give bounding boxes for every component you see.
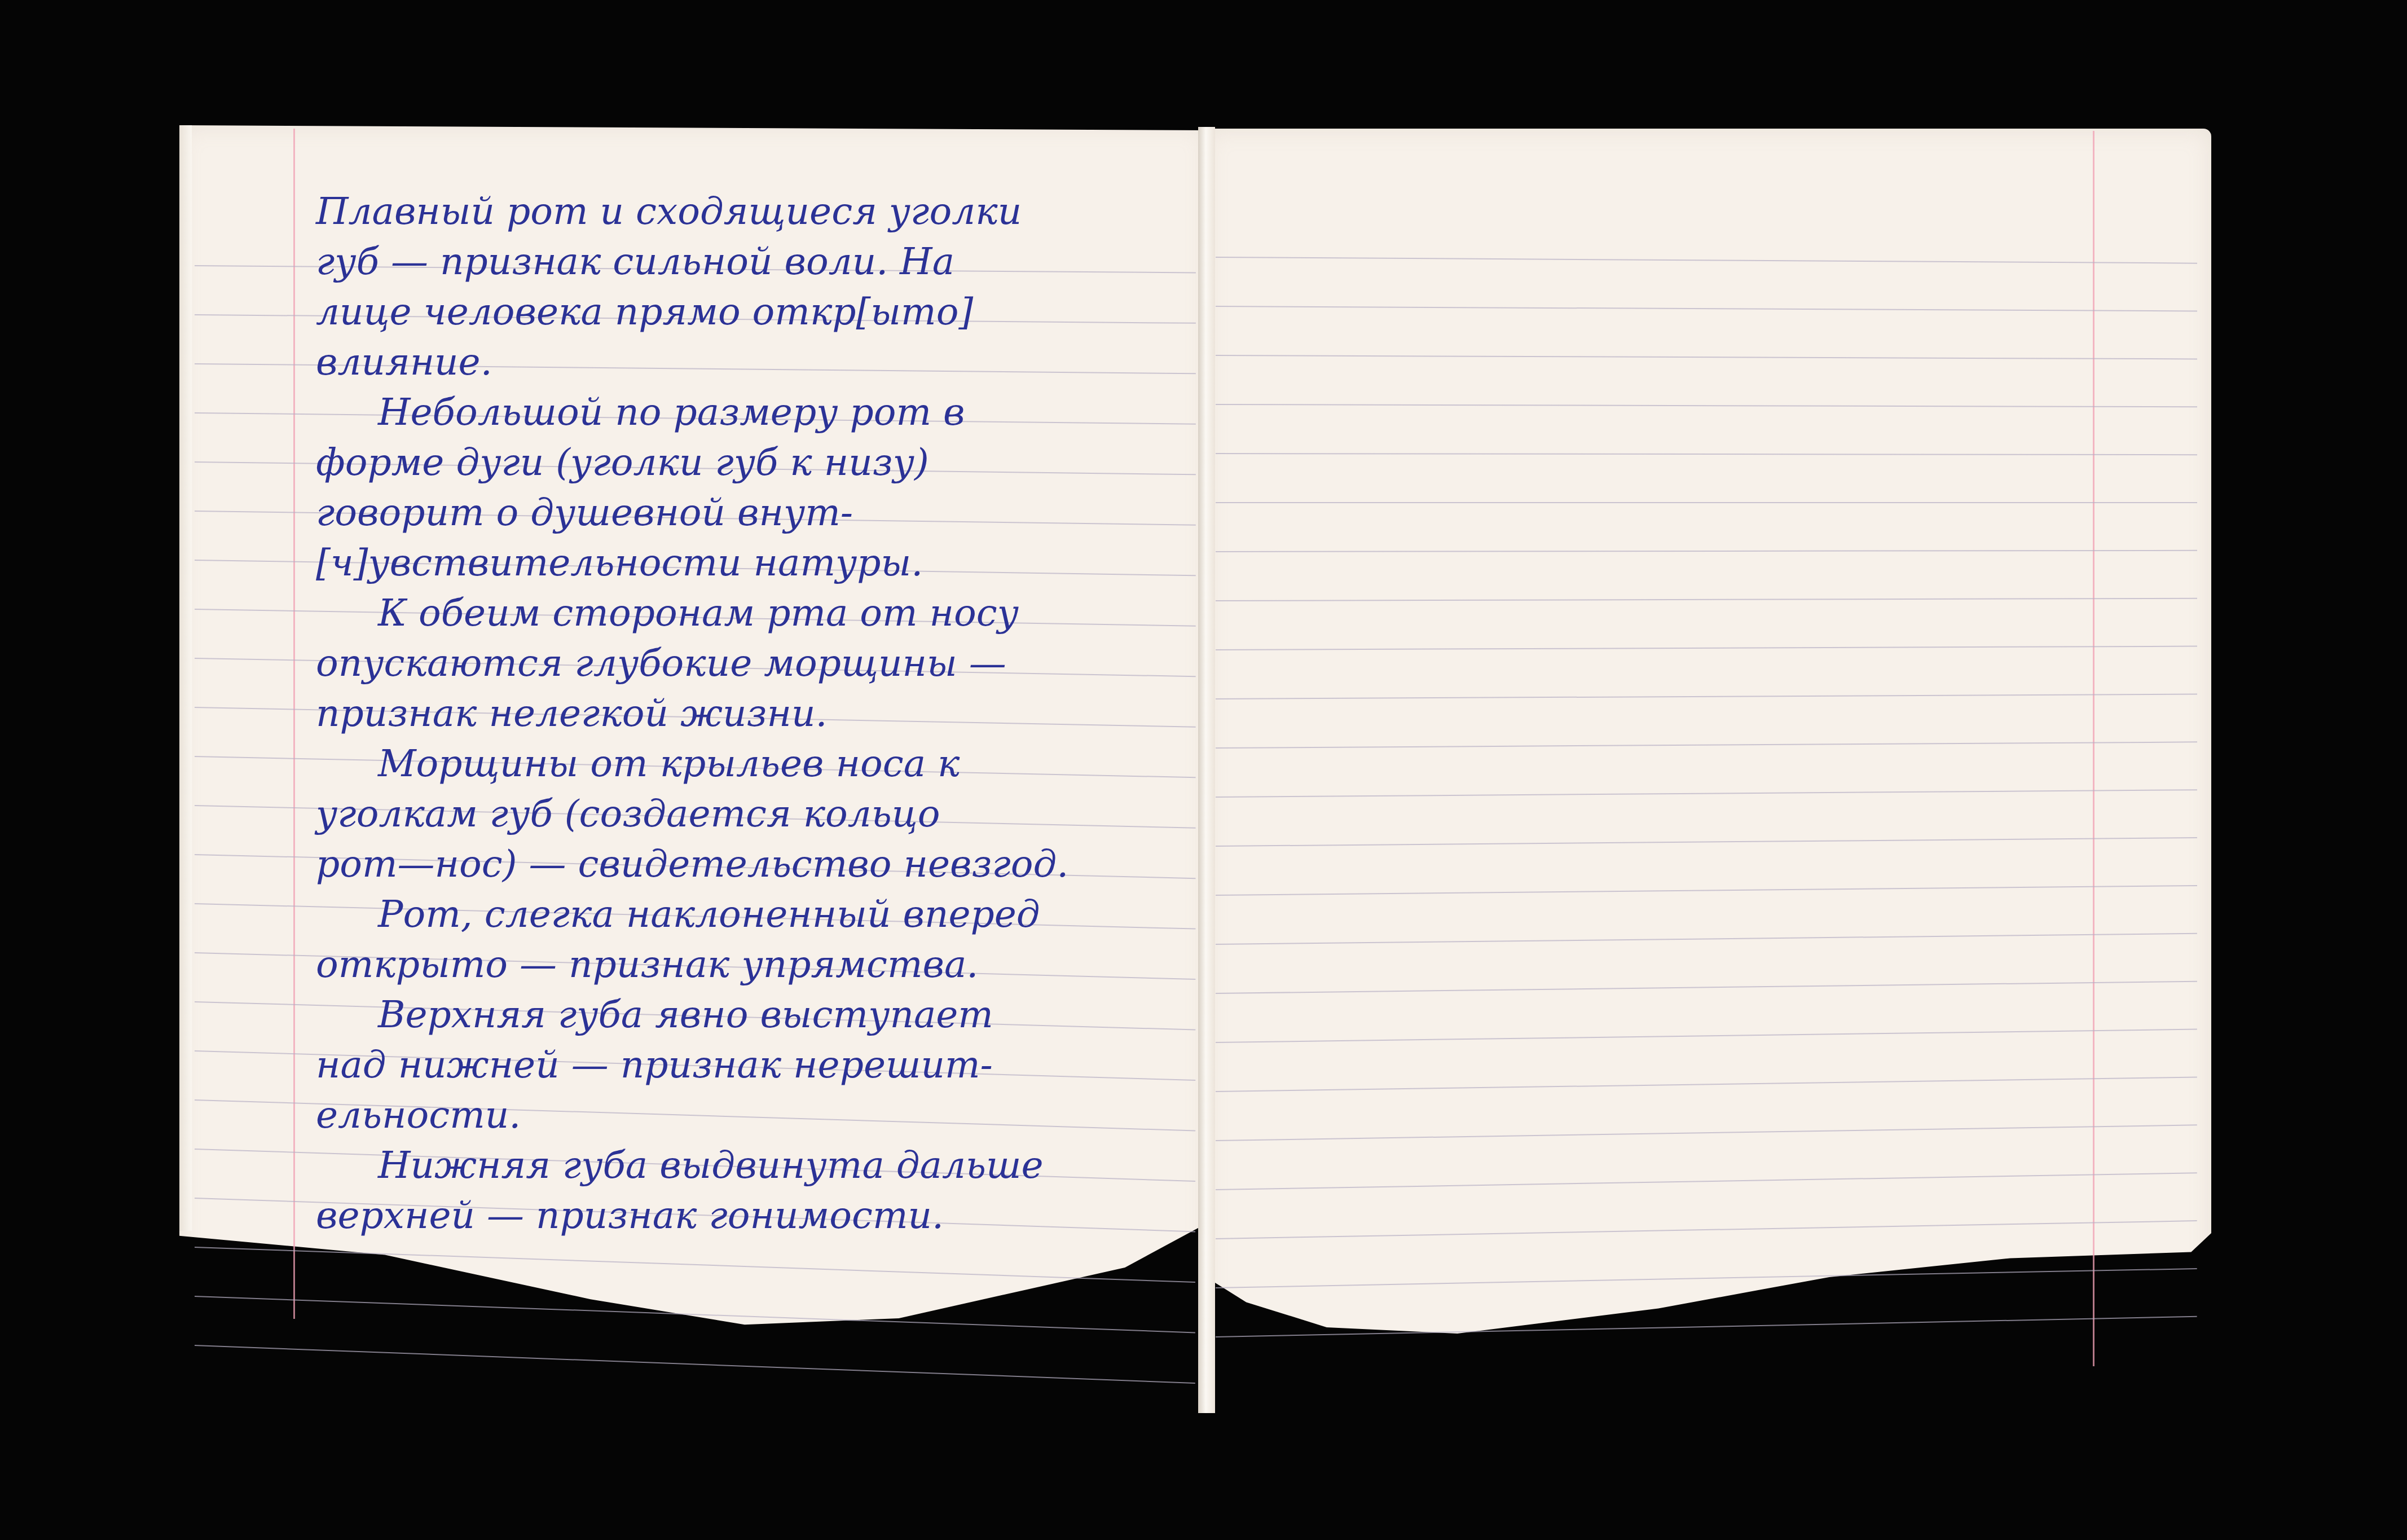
handwritten-line: открыто — признак упрямства. bbox=[316, 939, 1196, 989]
rule-line bbox=[1216, 502, 2197, 503]
handwritten-line: влияние. bbox=[316, 337, 1196, 387]
notebook-right-page bbox=[1206, 129, 2211, 1384]
handwritten-line: опускаются глубокие морщины — bbox=[316, 638, 1196, 688]
handwritten-line: Морщины от крыльев носа к bbox=[316, 738, 1196, 789]
handwritten-line: говорит о душевной внут- bbox=[316, 487, 1196, 538]
handwritten-line: верхней — признак гонимости. bbox=[316, 1190, 1196, 1240]
handwritten-line: лице человека прямо откр[ыто] bbox=[316, 287, 1196, 337]
handwritten-line: Верхняя губа явно выступает bbox=[316, 989, 1196, 1040]
handwritten-line: над нижней — признак нерешит- bbox=[316, 1040, 1196, 1090]
handwritten-line: Рот, слегка наклоненный вперед bbox=[316, 889, 1196, 939]
handwritten-line: [ч]увствительности натуры. bbox=[316, 538, 1196, 588]
handwritten-line: уголкам губ (создается кольцо bbox=[316, 789, 1196, 839]
rule-line bbox=[195, 1345, 1195, 1384]
handwritten-line: признак нелегкой жизни. bbox=[316, 688, 1196, 738]
handwritten-line: ельности. bbox=[316, 1090, 1196, 1140]
left-page-margin-line bbox=[293, 129, 295, 1319]
handwritten-line: Небольшой по размеру рот в bbox=[316, 387, 1196, 437]
handwritten-line: губ — признак сильной воли. На bbox=[316, 236, 1196, 287]
handwritten-line: форме дуги (уголки губ к низу) bbox=[316, 437, 1196, 487]
handwritten-line: К обеим сторонам рта от носу bbox=[316, 588, 1196, 638]
left-page-edge bbox=[179, 125, 192, 1231]
handwritten-line: Плавный рот и сходящиеся уголки bbox=[316, 186, 1196, 236]
handwritten-line: Нижняя губа выдвинута дальше bbox=[316, 1140, 1196, 1190]
handwritten-text: Плавный рот и сходящиеся уголки губ — пр… bbox=[316, 186, 1196, 1240]
notebook-spine bbox=[1198, 127, 1215, 1413]
handwritten-line: рот—нос) — свидетельство невзгод. bbox=[316, 839, 1196, 889]
right-page-margin-line bbox=[2093, 131, 2094, 1366]
